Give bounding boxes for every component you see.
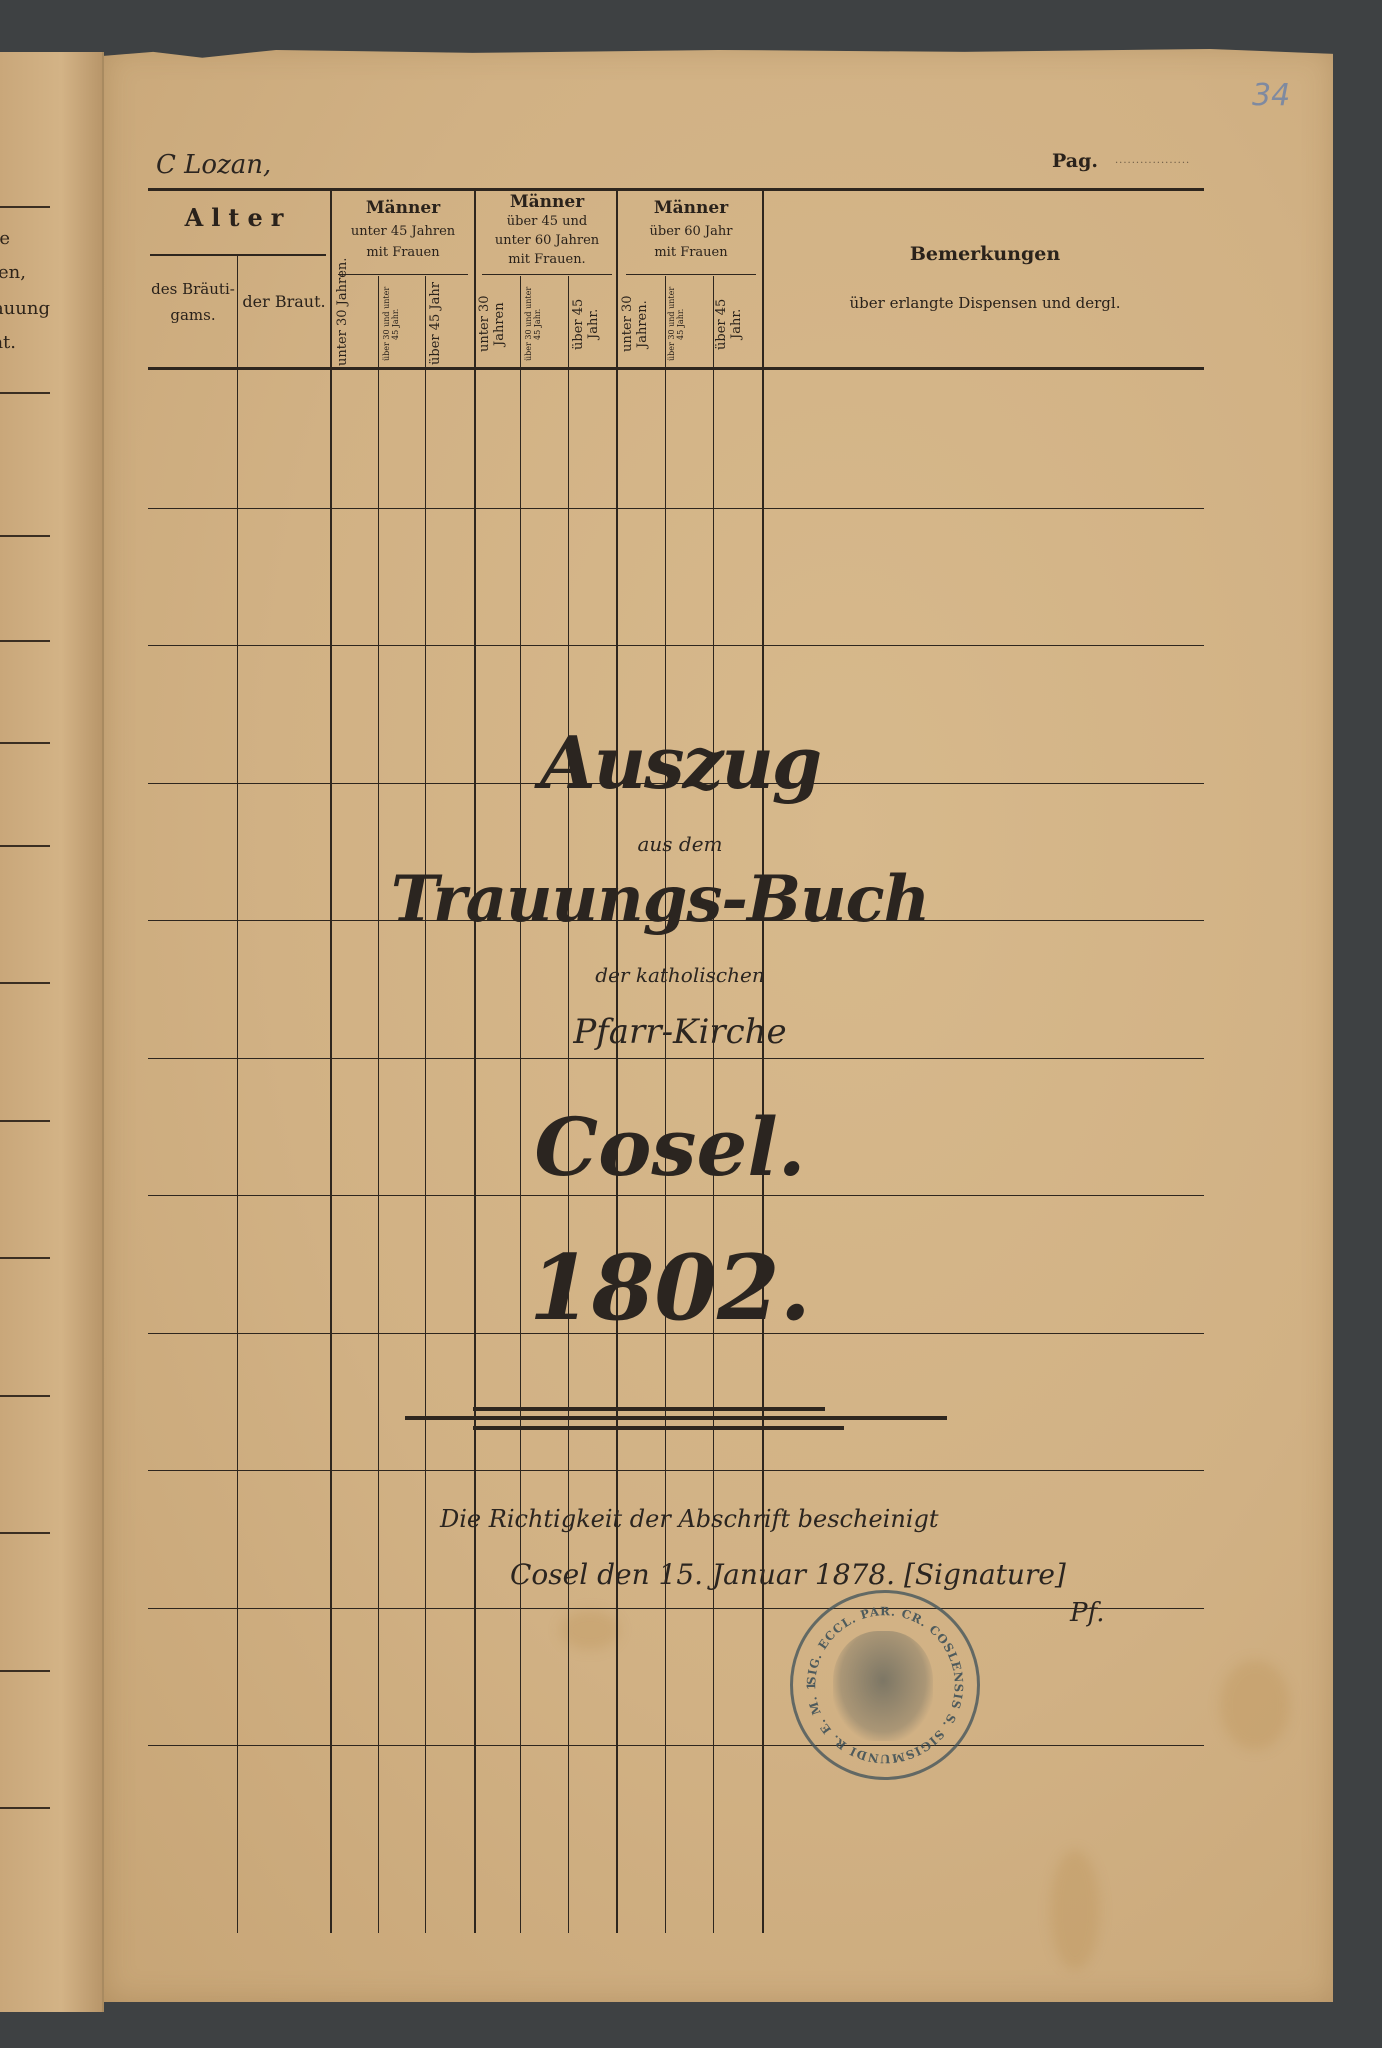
decorative-rule	[473, 1426, 844, 1430]
certification-line-3: Pf.	[1070, 1598, 1150, 1628]
subcol-header: über 45 Jahr.	[572, 282, 612, 366]
table-column-line	[616, 190, 618, 1933]
left-page-text: e	[0, 228, 10, 249]
stamp-text-ring: SIG. ECCL. PAR. CR. COSLENSIS S. SIGISMU…	[793, 1593, 977, 1777]
left-page-rule	[0, 206, 50, 208]
pencil-page-number: 34	[1252, 78, 1290, 113]
remarks-subheading: über erlangte Dispensen und dergl.	[766, 294, 1204, 312]
left-page-rule	[0, 1395, 50, 1397]
decorative-rule	[473, 1407, 825, 1411]
subcol-header: unter 30 Jahren.	[336, 282, 376, 366]
subcol-header: über 45 Jahr.	[715, 282, 755, 366]
title-der-katholischen: der katholischen	[380, 963, 980, 987]
alter-divider	[150, 254, 326, 256]
groom-column-header: des Bräuti-gams.	[150, 276, 236, 329]
group2-subtitle: über 45 und	[476, 214, 618, 230]
group2-divider	[482, 274, 612, 275]
remarks-heading: Bemerkungen	[766, 243, 1204, 266]
left-page-rule	[0, 1120, 50, 1122]
left-page-rule	[0, 742, 50, 744]
table-column-line	[474, 190, 476, 1933]
left-page-rule	[0, 1532, 50, 1534]
title-trauungs-buch: Trauungs-Buch	[340, 862, 980, 937]
group3-title: Männer	[620, 198, 762, 218]
left-page-text: at.	[0, 332, 16, 353]
table-row-line	[148, 1745, 1204, 1746]
certification-line-1: Die Richtigkeit der Abschrift bescheinig…	[360, 1505, 1240, 1533]
header-top-rule	[148, 188, 1204, 191]
group2-subtitle: unter 60 Jahren	[476, 233, 618, 249]
group2-subtitle: mit Frauen.	[476, 252, 618, 268]
table-row-line	[148, 508, 1204, 509]
table-column-line	[378, 276, 379, 1933]
title-aus-dem: aus dem	[380, 832, 980, 856]
parish-seal-stamp: SIG. ECCL. PAR. CR. COSLENSIS S. SIGISMU…	[790, 1590, 980, 1780]
table-row-line	[148, 1608, 1204, 1609]
left-page-rule	[0, 845, 50, 847]
left-page-rule	[0, 1670, 50, 1672]
paper-stain	[1050, 1850, 1100, 1970]
left-facing-page: e gen, auung at.	[0, 52, 104, 2012]
left-page-text: auung	[0, 298, 50, 319]
group1-subtitle: mit Frauen	[332, 245, 474, 261]
header-bottom-rule	[148, 367, 1204, 370]
subcol-header: über 30 und unter 45 Jahr.	[524, 282, 564, 366]
left-page-rule	[0, 982, 50, 984]
group1-subtitle: unter 45 Jahren	[332, 224, 474, 240]
group3-subtitle: mit Frauen	[620, 245, 762, 261]
table-row-line	[148, 1195, 1204, 1196]
subcol-header: unter 30 Jahren.	[621, 282, 661, 366]
title-town-cosel: Cosel.	[420, 1100, 920, 1194]
subcol-header: über 45 Jahr	[429, 282, 469, 366]
left-page-rule	[0, 1807, 50, 1809]
decorative-rule	[405, 1416, 947, 1420]
subcol-header: unter 30 Jahren	[478, 282, 518, 366]
subcol-header: über 30 und unter 45 Jahr.	[667, 282, 707, 366]
table-column-line	[330, 190, 332, 1933]
page-label: Pag.	[1052, 150, 1098, 173]
left-page-text: gen,	[0, 262, 26, 283]
paper-stain	[560, 1610, 620, 1650]
left-page-rule	[0, 392, 50, 394]
table-row-line	[148, 1470, 1204, 1471]
group1-divider	[338, 274, 468, 275]
svg-text:SIG. ECCL. PAR. CR. COSLENSIS: SIG. ECCL. PAR. CR. COSLENSIS S. SIGISMU…	[793, 1593, 966, 1766]
subcol-header: über 30 und unter 45 Jahr.	[382, 282, 422, 366]
group3-divider	[626, 274, 756, 275]
left-page-rule	[0, 640, 50, 642]
group1-title: Männer	[332, 198, 474, 218]
table-row-line	[148, 1058, 1204, 1059]
bride-column-header: der Braut.	[238, 278, 330, 326]
table-row-line	[148, 645, 1204, 646]
handwritten-corner-note: C Lozan,	[156, 150, 271, 180]
title-auszug: Auszug	[380, 720, 980, 805]
group2-title: Männer	[476, 192, 618, 212]
left-page-rule	[0, 535, 50, 537]
group3-subtitle: über 60 Jahr	[620, 224, 762, 240]
table-column-line	[762, 190, 764, 1933]
certification-line-2: Cosel den 15. Januar 1878. [Signature]	[510, 1558, 1230, 1591]
title-year: 1802.	[420, 1235, 920, 1341]
paper-stain	[1220, 1660, 1290, 1750]
left-page-rule	[0, 1257, 50, 1259]
page-number-blank: ..................	[1115, 155, 1190, 167]
alter-heading: Alter	[150, 204, 326, 233]
title-pfarr-kirche: Pfarr-Kirche	[380, 1012, 980, 1052]
